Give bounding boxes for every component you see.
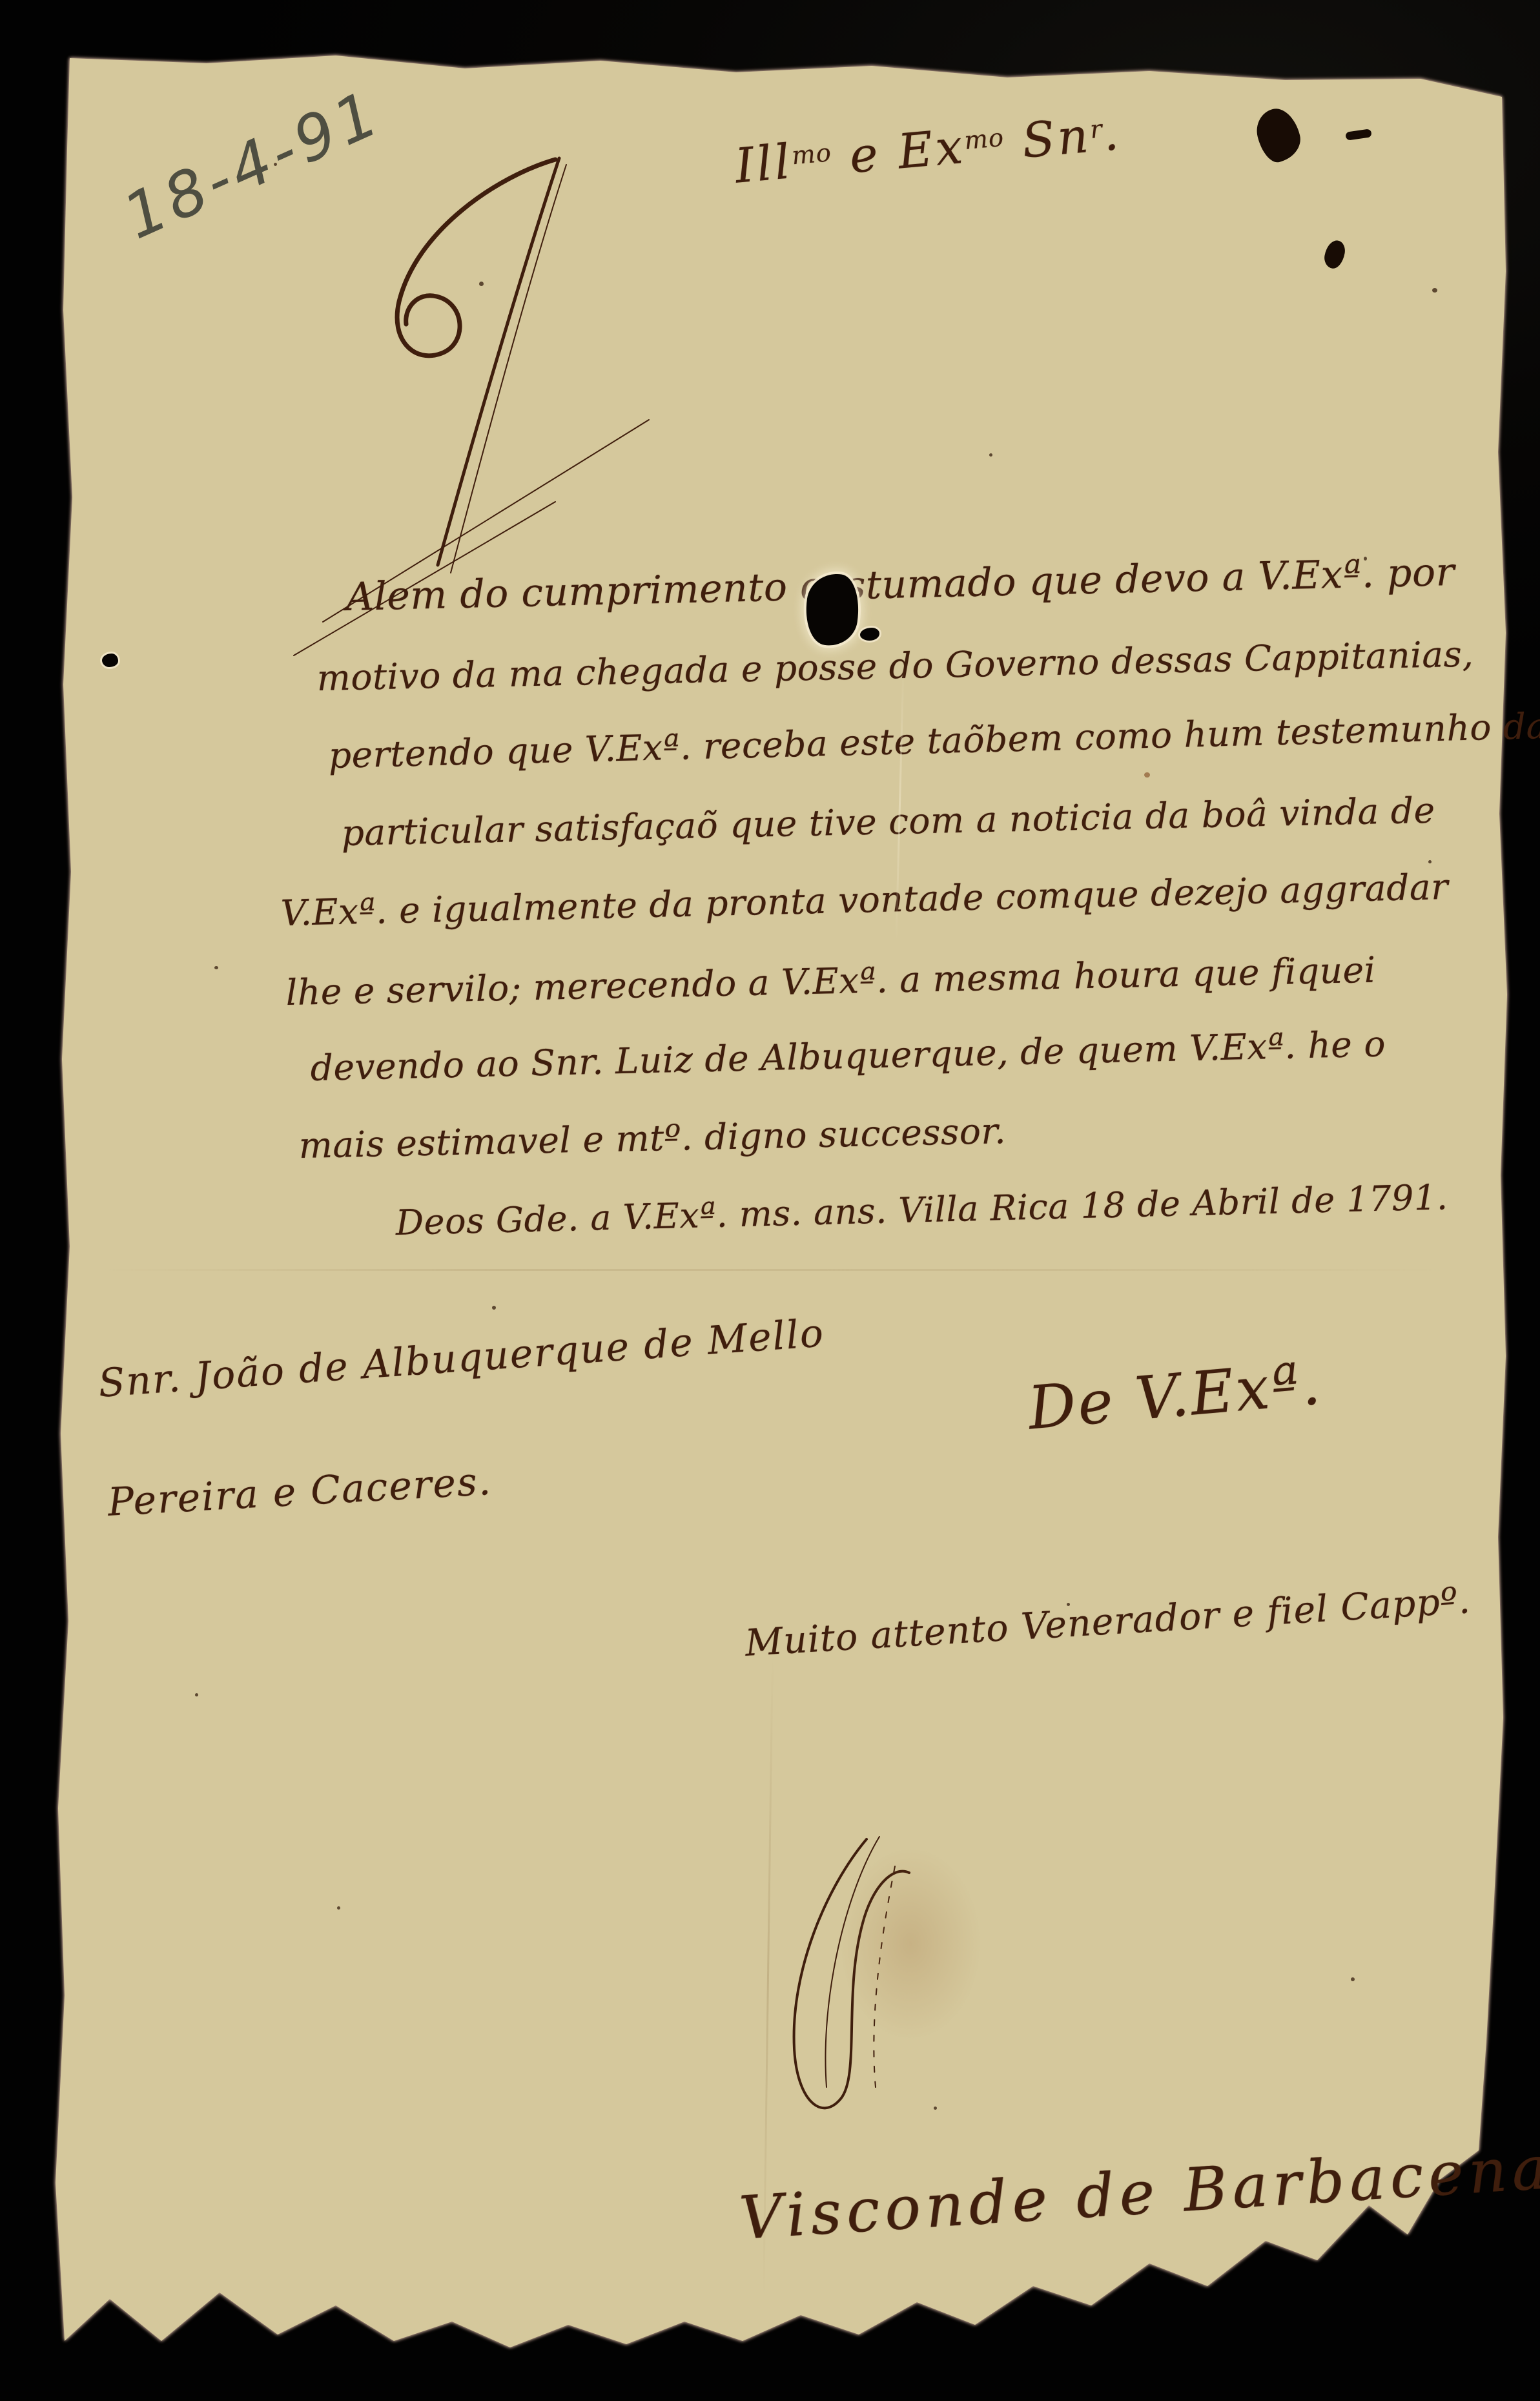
photograph-stage: 18-4-91 Illmo e Exmo Snr. Alem do cumpri… [0, 0, 1540, 2401]
salutation-text: e Ex [830, 119, 967, 186]
horizontal-fold [97, 1269, 1453, 1271]
stain-smudge [839, 1847, 981, 2041]
salutation-superscript: mo [963, 123, 1005, 156]
worm-hole-left-margin [102, 654, 118, 667]
salutation-text: Sn [1002, 108, 1093, 170]
salutation-text: Ill [733, 134, 795, 194]
salutation-superscript: mo [790, 138, 832, 170]
